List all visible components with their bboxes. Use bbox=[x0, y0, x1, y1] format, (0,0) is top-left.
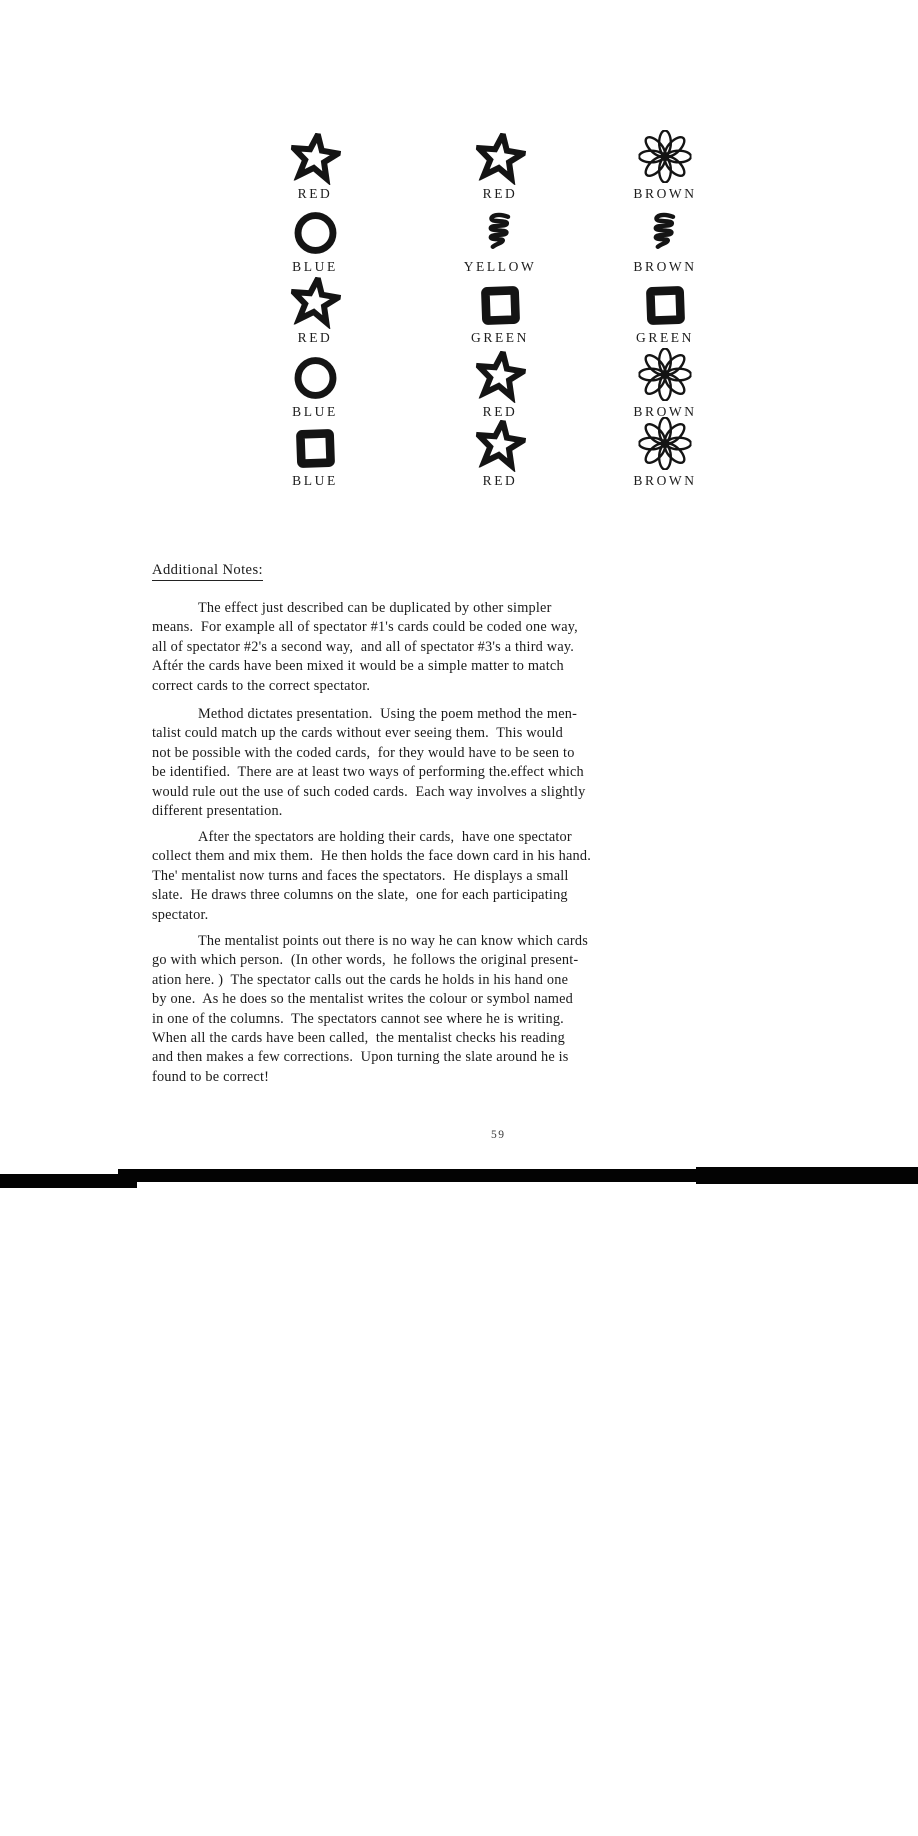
symbol-color-label: RED bbox=[483, 186, 518, 202]
notes-paragraph-4: The mentalist points out there is no way… bbox=[152, 932, 824, 1087]
spring-icon bbox=[480, 208, 520, 256]
flower-icon bbox=[637, 417, 693, 470]
square-icon bbox=[643, 283, 687, 327]
notes-paragraph-1: The effect just described can be duplica… bbox=[152, 599, 824, 696]
symbol-color-label: RED bbox=[298, 330, 333, 346]
scanned-page: REDREDBROWNBLUEYELLOWBROWNREDGREENGREENB… bbox=[0, 0, 918, 1836]
scan-bar-segment-left bbox=[0, 1174, 137, 1188]
scan-bar-segment-middle bbox=[118, 1169, 706, 1182]
symbol-cell: RED bbox=[245, 130, 385, 202]
symbol-cell: BLUE bbox=[245, 417, 385, 489]
symbol-cell: BROWN bbox=[595, 417, 735, 489]
circle-icon bbox=[292, 355, 339, 401]
scan-bar-segment-right bbox=[696, 1167, 918, 1184]
symbol-color-label: RED bbox=[298, 186, 333, 202]
symbol-cell: GREEN bbox=[430, 274, 570, 346]
symbol-cell: RED bbox=[430, 417, 570, 489]
symbol-color-label: BROWN bbox=[633, 473, 696, 489]
circle-icon bbox=[292, 210, 339, 256]
spring-icon bbox=[645, 208, 685, 256]
page-number: 59 bbox=[491, 1129, 506, 1142]
notes-heading: Additional Notes: bbox=[152, 562, 263, 581]
symbol-cell: RED bbox=[245, 274, 385, 346]
symbol-color-label: BROWN bbox=[633, 186, 696, 202]
symbol-cell: BLUE bbox=[245, 348, 385, 420]
notes-heading-text: Additional Notes: bbox=[152, 562, 263, 581]
symbol-cell: RED bbox=[430, 130, 570, 202]
square-icon bbox=[478, 283, 522, 327]
symbol-color-label: YELLOW bbox=[464, 259, 537, 275]
symbol-cell: YELLOW bbox=[430, 203, 570, 275]
symbol-color-label: RED bbox=[483, 473, 518, 489]
notes-paragraph-3: After the spectators are holding their c… bbox=[152, 828, 824, 925]
star-icon bbox=[286, 274, 344, 330]
star-icon bbox=[471, 130, 529, 186]
symbol-color-label: BLUE bbox=[292, 259, 338, 275]
symbol-cell: GREEN bbox=[595, 274, 735, 346]
star-icon bbox=[471, 348, 529, 404]
symbol-cell: BROWN bbox=[595, 348, 735, 420]
symbol-cell: RED bbox=[430, 348, 570, 420]
symbol-cell: BROWN bbox=[595, 203, 735, 275]
symbol-color-label: BROWN bbox=[633, 259, 696, 275]
notes-paragraph-2: Method dictates presentation. Using the … bbox=[152, 705, 824, 821]
star-icon bbox=[471, 417, 529, 473]
square-icon bbox=[293, 426, 337, 470]
symbol-color-label: BLUE bbox=[292, 473, 338, 489]
flower-icon bbox=[637, 348, 693, 401]
symbol-cell: BLUE bbox=[245, 203, 385, 275]
symbol-cell: BROWN bbox=[595, 130, 735, 202]
symbol-color-label: GREEN bbox=[471, 330, 529, 346]
star-icon bbox=[286, 130, 344, 186]
flower-icon bbox=[637, 130, 693, 183]
symbol-color-label: GREEN bbox=[636, 330, 694, 346]
